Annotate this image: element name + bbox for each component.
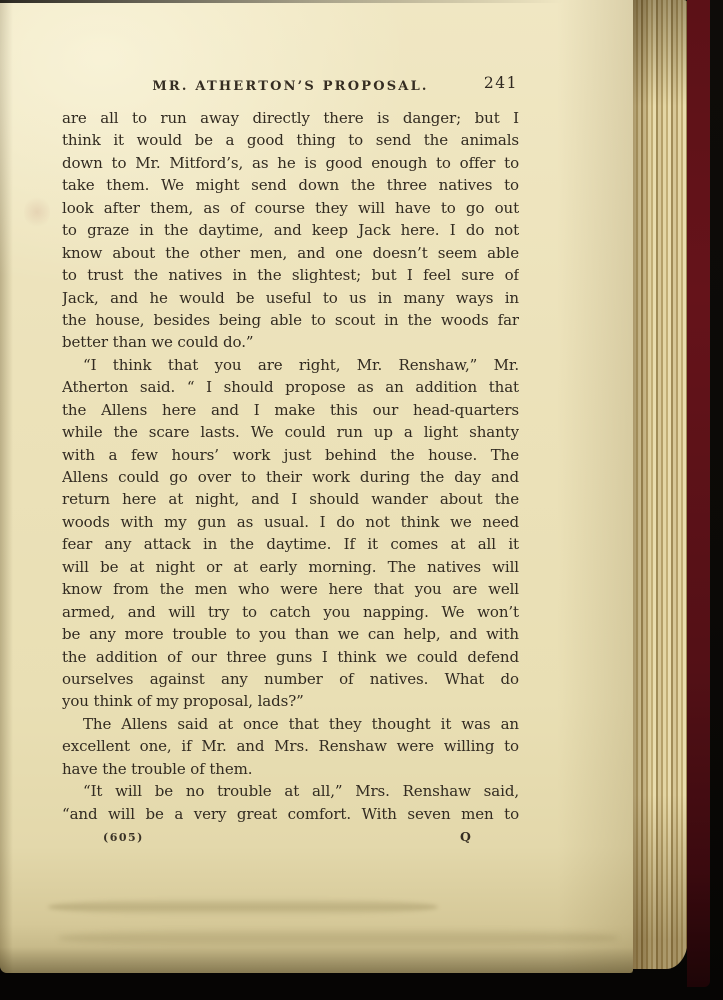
printers-mark: (605) bbox=[103, 831, 144, 844]
text-line: fear any attack in the daytime. If it co… bbox=[62, 533, 519, 555]
text-line: know about the other men, and one doesn’… bbox=[62, 242, 519, 264]
text-line: the Allens here and I make this our head… bbox=[62, 399, 519, 421]
text-line: you think of my proposal, lads?” bbox=[62, 690, 519, 712]
page-number: 241 bbox=[484, 74, 518, 92]
book-cover-spine bbox=[687, 0, 710, 987]
body-text: are all to run away directly there is da… bbox=[62, 107, 519, 825]
page-crease bbox=[58, 928, 618, 948]
text-line: ourselves against any number of natives.… bbox=[62, 668, 519, 690]
text-line: look after them, as of course they will … bbox=[62, 197, 519, 219]
stacked-page-edges bbox=[633, 0, 688, 969]
text-line: return here at night, and I should wande… bbox=[62, 488, 519, 510]
text-line: to graze in the daytime, and keep Jack h… bbox=[62, 219, 519, 241]
page-crease bbox=[48, 898, 438, 916]
text-line: excellent one, if Mr. and Mrs. Renshaw w… bbox=[62, 735, 519, 757]
text-line: “I think that you are right, Mr. Renshaw… bbox=[62, 354, 519, 376]
book-page: MR. ATHERTON’S PROPOSAL. 241 are all to … bbox=[0, 0, 633, 973]
text-line: to trust the natives in the slightest; b… bbox=[62, 264, 519, 286]
text-line: are all to run away directly there is da… bbox=[62, 107, 519, 129]
book-photo: MR. ATHERTON’S PROPOSAL. 241 are all to … bbox=[0, 0, 723, 1000]
text-line: Allens could go over to their work durin… bbox=[62, 466, 519, 488]
signature-letter: Q bbox=[460, 829, 471, 844]
running-header: MR. ATHERTON’S PROPOSAL. 241 bbox=[62, 75, 519, 96]
page-stain bbox=[24, 195, 50, 229]
text-line: better than we could do.” bbox=[62, 331, 519, 353]
text-line: “and will be a very great comfort. With … bbox=[62, 803, 519, 825]
text-line: armed, and will try to catch you napping… bbox=[62, 601, 519, 623]
text-line: Jack, and he would be useful to us in ma… bbox=[62, 287, 519, 309]
text-line: woods with my gun as usual. I do not thi… bbox=[62, 511, 519, 533]
page-footer: (605) Q bbox=[62, 829, 519, 847]
text-line: with a few hours’ work just behind the h… bbox=[62, 444, 519, 466]
chapter-header-title: MR. ATHERTON’S PROPOSAL. bbox=[152, 79, 428, 94]
text-line: think it would be a good thing to send t… bbox=[62, 129, 519, 151]
text-line: the house, besides being able to scout i… bbox=[62, 309, 519, 331]
text-line: take them. We might send down the three … bbox=[62, 174, 519, 196]
text-line: the addition of our three guns I think w… bbox=[62, 646, 519, 668]
text-line: The Allens said at once that they though… bbox=[62, 713, 519, 735]
text-line: know from the men who were here that you… bbox=[62, 578, 519, 600]
text-line: Atherton said. “ I should propose as an … bbox=[62, 376, 519, 398]
text-line: will be at night or at early morning. Th… bbox=[62, 556, 519, 578]
text-line: while the scare lasts. We could run up a… bbox=[62, 421, 519, 443]
text-line: be any more trouble to you than we can h… bbox=[62, 623, 519, 645]
text-line: down to Mr. Mitford’s, as he is good eno… bbox=[62, 152, 519, 174]
text-line: “It will be no trouble at all,” Mrs. Ren… bbox=[62, 780, 519, 802]
text-line: have the trouble of them. bbox=[62, 758, 519, 780]
